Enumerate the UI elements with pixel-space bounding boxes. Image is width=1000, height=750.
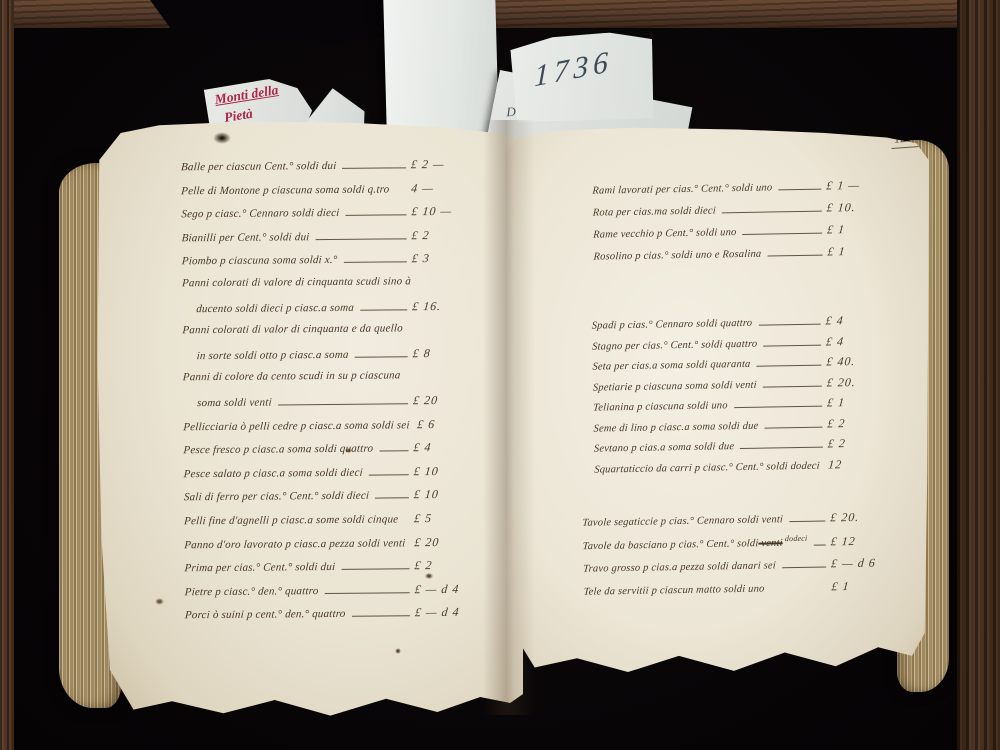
manuscript-line-value: £ — d 4 [414, 581, 477, 597]
manuscript-line-value: £ 2 — [410, 157, 473, 173]
manuscript-line-text: in sorte soldi otto p ciasc.a soma [196, 349, 349, 362]
manuscript-line-value: £ 12 [830, 533, 893, 549]
manuscript-line-text: Rami lavorati per cias.° Cent.° soldi un… [592, 182, 772, 196]
manuscript-line-value: £ 6 [417, 416, 480, 432]
manuscript-line-value: £ — d 4 [414, 605, 477, 621]
manuscript-line-text: Pesce fresco p ciasc.a soma soldi quattr… [183, 443, 374, 457]
manuscript-line: in sorte soldi otto p ciasc.a soma£ 8 [183, 345, 475, 371]
dash-leader [343, 262, 406, 264]
right-page-entries-block-3: Tavole segaticcie p cias.° Cennaro soldi… [582, 509, 894, 606]
manuscript-line: Porci ò suini p cent.° den.° quattro£ — … [185, 605, 477, 631]
dash-leader [315, 238, 406, 240]
manuscript-line-value: £ 2 [827, 435, 890, 451]
manuscript-line-text: Rota per cias.ma soldi dieci [592, 205, 716, 218]
manuscript-line-text: Travo grosso p cias.a pezza soldi danari… [583, 560, 776, 574]
manuscript-line-text: Rosolino p cias.° soldi uno e Rosalina [593, 249, 761, 263]
manuscript-line-value: £ 4 [413, 440, 476, 456]
manuscript-line-value: £ 3 [411, 251, 474, 267]
right-page-entries-block-2: Spadi p cias.° Cennaro soldi quattro£ 4S… [592, 312, 891, 481]
manuscript-line-text: Seme di lino p ciasc.a soma soldi due [593, 420, 758, 434]
manuscript-line-value: £ 20. [830, 509, 893, 525]
photo-scene: Depositaria dei pegni 1736 Monti della P… [0, 0, 1000, 750]
manuscript-line-value: £ — d 6 [830, 555, 893, 571]
manuscript-line: Squartaticcio da carri p ciasc.° Cent.° … [594, 456, 890, 482]
manuscript-line-value: £ 2 [414, 558, 477, 574]
manuscript-line-value: 4 — [410, 180, 473, 196]
manuscript-line: Sali di ferro per cias.° Cent.° soldi di… [184, 487, 476, 513]
dash-leader [375, 498, 409, 499]
wood-table-top [0, 0, 1000, 28]
manuscript-line-value: £ 1 [831, 578, 894, 594]
manuscript-line: Panni colorati di valor di cinquanta e d… [182, 322, 474, 348]
manuscript-line-value: £ 2 [827, 415, 890, 431]
manuscript-line-text: Panni di colore da cento scudi in su p c… [182, 370, 400, 384]
manuscript-line: Pelli fine d'agnelli p ciasc.a some sold… [184, 511, 476, 537]
manuscript-line-text: Tele da servitii p ciascun matto soldi u… [583, 584, 765, 598]
paper-stain [155, 598, 164, 605]
right-page-entries-block-1: Rami lavorati per cias.° Cent.° soldi un… [592, 177, 889, 270]
manuscript-line-value: £ 8 [412, 345, 475, 361]
manuscript-line-text: soma soldi venti [197, 396, 272, 409]
manuscript-line-text: Telianina p ciascuna soldi uno [593, 400, 728, 413]
dash-leader [360, 309, 407, 310]
dash-leader [352, 616, 410, 618]
manuscript-line: Tele da servitii p ciascun matto soldi u… [583, 578, 893, 606]
manuscript-line-text: Pietre p ciasc.° den.° quattro [184, 585, 318, 598]
manuscript-line-value: £ 20 [414, 534, 477, 550]
manuscript-line-value: £ 16. [412, 298, 475, 314]
ink-stain [213, 132, 231, 144]
manuscript-line-value: £ 4 [825, 312, 888, 328]
left-page: Balle per ciascun Cent.° soldi dui£ 2 —P… [95, 118, 523, 718]
dash-leader [324, 592, 409, 594]
dash-leader [767, 255, 822, 257]
manuscript-line: ducento soldi dieci p ciasc.a soma£ 16. [182, 298, 474, 324]
manuscript-line-text: Panni colorati di valore di cinquanta sc… [182, 275, 412, 289]
manuscript-line-text: Spadi p cias.° Cennaro soldi quattro [591, 318, 752, 332]
manuscript-line-text: Tavole da basciano p cias.° Cent.° soldi… [582, 534, 807, 552]
dash-leader [758, 324, 820, 326]
dash-leader [342, 167, 406, 169]
slip-year-text: 1736 [534, 44, 613, 94]
book-gutter-shadow [483, 120, 535, 715]
manuscript-line-value: 12 [828, 456, 891, 472]
dash-leader [743, 233, 823, 235]
manuscript-line: Pesce fresco p ciasc.a soma soldi quattr… [183, 440, 475, 466]
dash-leader [765, 590, 832, 591]
dash-leader [722, 211, 822, 214]
manuscript-line-value: £ 4 [825, 333, 888, 349]
manuscript-line-value: £ 10 [413, 463, 476, 479]
manuscript-line-text: Seta per cias.a soma soldi quaranta [592, 359, 751, 373]
dash-leader [813, 544, 825, 545]
manuscript-line-value: £ 20 [412, 393, 475, 409]
manuscript-line-value: £ 1 [827, 243, 890, 259]
manuscript-line: Pelle di Montone p ciascuna soma soldi q… [181, 180, 473, 206]
manuscript-line-value: £ 5 [413, 511, 476, 527]
manuscript-line-text: Tavole segaticcie p cias.° Cennaro soldi… [582, 514, 783, 529]
manuscript-line-text: Sali di ferro per cias.° Cent.° soldi di… [184, 490, 370, 504]
manuscript-line: Pietre p ciasc.° den.° quattro£ — d 4 [185, 581, 477, 607]
manuscript-line: Balle per ciascun Cent.° soldi dui£ 2 — [181, 157, 473, 183]
manuscript-line: Bianilli per Cent.° soldi dui£ 2 [182, 228, 474, 254]
manuscript-line: Prima per cias.° Cent.° soldi dui£ 2 [184, 558, 476, 584]
dash-leader [782, 566, 826, 568]
manuscript-line-text: Stagno per cias.° Cent.° soldi quattro [592, 338, 758, 352]
manuscript-line-value: £ 40. [826, 353, 889, 369]
manuscript-line: Panno d'oro lavorato p ciasc.a pezza sol… [184, 534, 476, 560]
manuscript-line: Panni di colore da cento scudi in su p c… [183, 369, 475, 395]
manuscript-line-text: Sego p ciasc.° Cennaro soldi dieci [181, 207, 340, 220]
dash-leader [341, 568, 409, 570]
dash-leader [740, 447, 823, 449]
manuscript-line-value: £ 2 [411, 228, 474, 244]
manuscript-line-text: Prima per cias.° Cent.° soldi dui [184, 561, 335, 574]
dash-leader [734, 406, 822, 409]
manuscript-line: Sego p ciasc.° Cennaro soldi dieci£ 10 — [181, 204, 473, 230]
dash-leader [379, 450, 408, 451]
manuscript-line: Pesce salato p ciasc.a soma soldi dieci£… [184, 463, 476, 489]
dash-leader [369, 474, 409, 475]
right-page: 128. Rami lavorati per cias.° Cent.° sol… [505, 126, 929, 702]
manuscript-line-text: Balle per ciascun Cent.° soldi dui [181, 160, 337, 173]
open-manuscript-book: Balle per ciascun Cent.° soldi dui£ 2 —P… [55, 108, 955, 723]
manuscript-line-text: ducento soldi dieci p ciasc.a soma [196, 301, 354, 314]
dash-leader [763, 385, 822, 387]
manuscript-line-value: £ 20. [826, 374, 889, 390]
dash-leader [278, 403, 408, 405]
manuscript-line-value: £ 10 [413, 487, 476, 503]
manuscript-line-value: £ 1 [826, 394, 889, 410]
manuscript-line-text: Panni colorati di valor di cinquanta e d… [182, 323, 403, 337]
manuscript-line-text: Bianilli per Cent.° soldi dui [181, 231, 310, 244]
manuscript-line-text: Spetiarie p ciascuna soma soldi venti [593, 379, 758, 393]
paper-stain [395, 648, 401, 654]
manuscript-line-value: £ 1 — [826, 177, 889, 193]
manuscript-line-value: £ 1 [826, 221, 889, 237]
manuscript-line-text: Pelli fine d'agnelli p ciasc.a some sold… [184, 513, 399, 527]
manuscript-line-text: Pellicciaria ò pelli cedre p ciasc.a som… [183, 419, 410, 433]
dash-leader [345, 215, 406, 217]
dash-leader [355, 356, 408, 357]
dash-leader [757, 365, 822, 367]
manuscript-line: soma soldi venti£ 20 [183, 393, 475, 419]
left-page-entries: Balle per ciascun Cent.° soldi dui£ 2 —P… [181, 157, 477, 631]
dash-leader [764, 426, 822, 428]
manuscript-line: Piombo p ciascuna soma soldi x.°£ 3 [182, 251, 474, 277]
dash-leader [778, 189, 821, 191]
dash-leader [763, 344, 821, 346]
manuscript-line-text: Pesce salato p ciasc.a soma soldi dieci [183, 466, 363, 480]
manuscript-line: Rosolino p cias.° soldi uno e Rosalina£ … [593, 243, 889, 270]
manuscript-line-text: Squartaticcio da carri p ciasc.° Cent.° … [594, 460, 820, 475]
manuscript-line: Pellicciaria ò pelli cedre p ciasc.a som… [183, 416, 475, 442]
manuscript-line-text: Piombo p ciascuna soma soldi x.° [181, 254, 337, 267]
manuscript-line-value: £ 10. [826, 199, 889, 215]
manuscript-line-text: Rame vecchio p Cent.° soldi uno [593, 227, 737, 241]
manuscript-line-text: Sevtano p cias.a soma soldi due [594, 441, 735, 454]
manuscript-line: Panni colorati di valore di cinquanta sc… [182, 275, 474, 301]
manuscript-line-text: Pelle di Montone p ciascuna soma soldi q… [181, 183, 390, 197]
wood-table-right-edge [957, 0, 1000, 750]
manuscript-line-text: Porci ò suini p cent.° den.° quattro [185, 608, 346, 621]
manuscript-line-value: £ 10 — [411, 204, 474, 220]
manuscript-line-text: Panno d'oro lavorato p ciasc.a pezza sol… [184, 537, 406, 551]
dash-leader [789, 520, 825, 522]
wood-table-left-edge [0, 0, 14, 750]
